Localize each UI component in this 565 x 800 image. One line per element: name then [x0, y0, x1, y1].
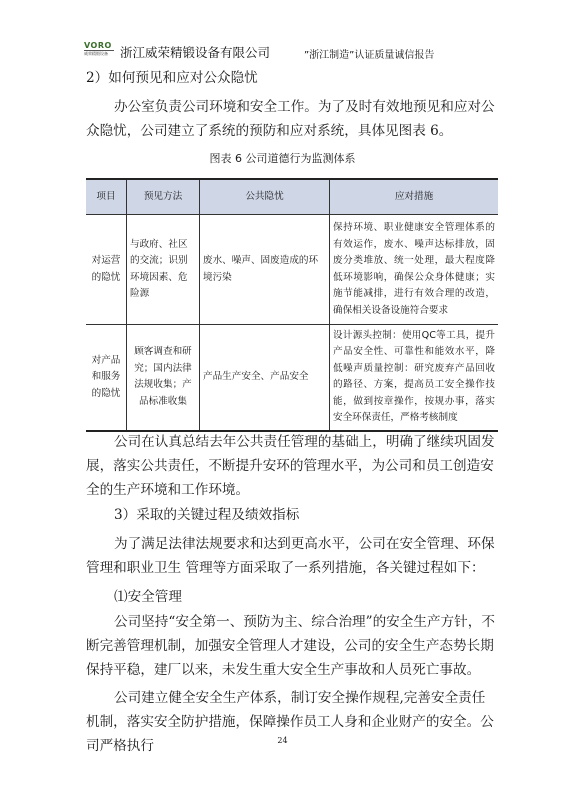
header-method: 预见方法: [127, 179, 200, 215]
header-concern: 公共隐忧: [200, 179, 330, 215]
company-name: 浙江威荣精锻设备有限公司: [120, 43, 270, 61]
ethics-monitoring-table: 项目 预见方法 公共隐忧 应对措施 对运营的隐忧 与政府、社区的交流；识别环境因…: [86, 178, 498, 432]
cell-concern: 废水、噪声、固废造成的环境污染: [200, 215, 330, 325]
report-title: ”浙江制造”认证质量诚信报告: [304, 46, 434, 61]
cell-measures: 设计源头控制：使用QC等工具，提升产品安全性、可靠性和能效水平，降低噪声质量控制…: [330, 325, 499, 431]
page-number: 24: [0, 736, 565, 745]
section-3-paragraph: 为了满足法律法规要求和达到更高水平，公司在安全管理、环保管理和职业卫生 管理等方…: [86, 532, 496, 580]
cell-item: 对运营的隐忧: [86, 215, 127, 325]
section-2-paragraph: 办公室负责公司环境和安全工作。为了及时有效地预见和应对公众隐忧，公司建立了系统的…: [86, 95, 496, 143]
table-row: 对运营的隐忧 与政府、社区的交流；识别环境因素、危险源 废水、噪声、固废造成的环…: [86, 215, 498, 325]
table-caption: 图表 6 公司道德行为监测体系: [0, 150, 565, 166]
logo-subtext: 威荣精锻设备: [84, 50, 114, 57]
section-heading-3: 3）采取的关键过程及绩效指标: [86, 503, 496, 527]
page-header: VORO 威荣精锻设备 浙江威荣精锻设备有限公司 ”浙江制造”认证质量诚信报告: [84, 41, 484, 61]
cell-method: 顾客调查和研究；国内法律法规收集；产品标准收集: [127, 325, 200, 431]
table-row: 对产品和服务的隐忧 顾客调查和研究；国内法律法规收集；产品标准收集 产品生产安全…: [86, 325, 498, 431]
summary-paragraph: 公司在认真总结去年公共责任管理的基础上，明确了继续巩固发展，落实公共责任，不断提…: [86, 430, 496, 502]
cell-concern: 产品生产安全、产品安全: [200, 325, 330, 431]
subheading-safety: ⑴安全管理: [86, 585, 496, 609]
company-logo: VORO 威荣精锻设备: [84, 41, 118, 59]
cell-method: 与政府、社区的交流；识别环境因素、危险源: [127, 215, 200, 325]
section-heading-2: 2）如何预见和应对公众隐忧: [86, 66, 496, 90]
cell-measures: 保持环境、职业健康安全管理体系的有效运作，废水、噪声达标排放，固废分类堆放、统一…: [330, 215, 499, 325]
header-item: 项目: [86, 179, 127, 215]
header-measures: 应对措施: [330, 179, 499, 215]
safety-paragraph-1: 公司坚持“安全第一、预防为主、综合治理”的安全生产方针，不断完善管理机制，加强安…: [86, 610, 496, 682]
cell-item: 对产品和服务的隐忧: [86, 325, 127, 431]
safety-paragraph-2: 公司建立健全安全生产体系，制订安全操作规程,完善安全责任机制，落实安全防护措施，…: [86, 686, 496, 758]
table-header-row: 项目 预见方法 公共隐忧 应对措施: [86, 179, 498, 215]
logo-text: VORO: [84, 41, 118, 50]
